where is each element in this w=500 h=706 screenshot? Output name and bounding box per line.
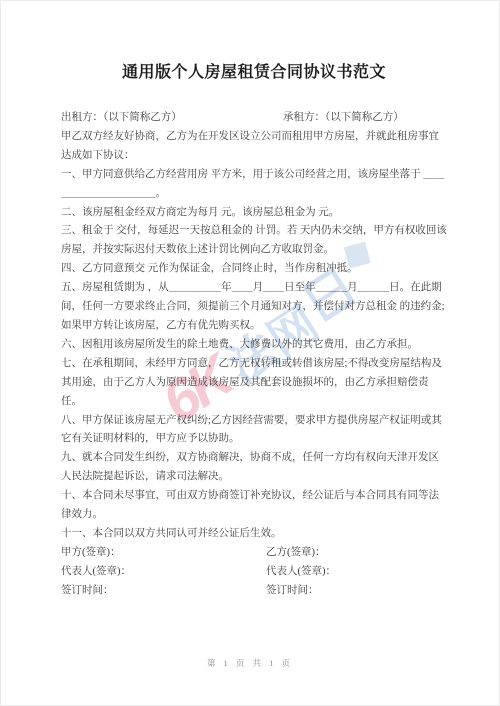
party-b-seal-label: 乙方(签章)： [266,544,447,563]
signature-row-date: 签订时间： 签订时间： [61,582,447,601]
party-a-representative-label: 代表人(签章)： [61,563,266,582]
party-a-seal-label: 甲方(签章)： [61,544,266,563]
clause-paragraph-4: 四、乙方同意预交 元作为保证金，合同终止时，当作房租冲抵。 [61,260,447,279]
clause-paragraph-6: 六、因租用该房屋所发生的除土地费、大修费以外的其它费用，由乙方承担。 [61,336,447,355]
lessor-label: 出租方：（以下简称乙方） [61,109,283,128]
lessee-label: 承租方：（以下简称乙方） [283,109,447,128]
clause-paragraph-11: 十一、本合同以双方共同认可并经公证后生效。 [61,525,447,544]
intro-paragraph: 甲乙双方经友好协商，乙方为在开发区设立公司而租用甲方房屋，并就此租房事宜达成如下… [61,128,447,166]
parties-row: 出租方：（以下简称乙方） 承租方：（以下简称乙方） [61,109,447,128]
clause-paragraph-8: 八、甲方保证该房屋无产权纠纷;乙方因经营需要，要求甲方提供房屋产权证明或其它有关… [61,412,447,450]
page-indicator: 第 1 页 共 1 页 [1,657,499,669]
clause-paragraph-5: 五、房屋租赁期为 ，从＿＿＿＿＿年＿＿月＿＿日至年＿＿＿月＿＿＿日。在此期间，任… [61,279,447,336]
document-page: 6K 法网 通用版个人房屋租赁合同协议书范文 出租方：（以下简称乙方） 承租方：… [0,0,500,706]
document-content: 通用版个人房屋租赁合同协议书范文 出租方：（以下简称乙方） 承租方：（以下简称乙… [61,1,447,601]
signature-row-representative: 代表人(签章)： 代表人(签章)： [61,563,447,582]
clause-paragraph-9: 九、就本合同发生纠纷，双方协商解决，协商不成，任何一方均有权向天津开发区人民法院… [61,449,447,487]
clause-paragraph-2: 二、该房屋租金经双方商定为每月 元。该房屋总租金为 元。 [61,204,447,223]
party-b-representative-label: 代表人(签章)： [266,563,447,582]
clause-paragraph-7: 七、在承租期间，未经甲方同意，乙方无权转租或转借该房屋;不得改变房屋结构及其用途… [61,355,447,412]
clause-paragraph-1: 一、甲方同意供给乙方经营用房 平方米，用于该公司经营之用，该房屋坐落于 ＿＿＿＿… [61,166,447,204]
signature-row-seal: 甲方(签章)： 乙方(签章)： [61,544,447,563]
clause-paragraph-10: 十、本合同未尽事宜，可由双方协商签订补充协议，经公证后与本合同具有同等法律效力。 [61,487,447,525]
party-b-date-label: 签订时间： [266,582,447,601]
signature-block: 甲方(签章)： 乙方(签章)： 代表人(签章)： 代表人(签章)： 签订时间： … [61,544,447,601]
clause-paragraph-3: 三、租金于 交付，每延迟一天按总租金的 计罚。若 天内仍未交纳，甲方有权收回该房… [61,222,447,260]
party-a-date-label: 签订时间： [61,582,266,601]
document-title: 通用版个人房屋租赁合同协议书范文 [61,59,447,82]
